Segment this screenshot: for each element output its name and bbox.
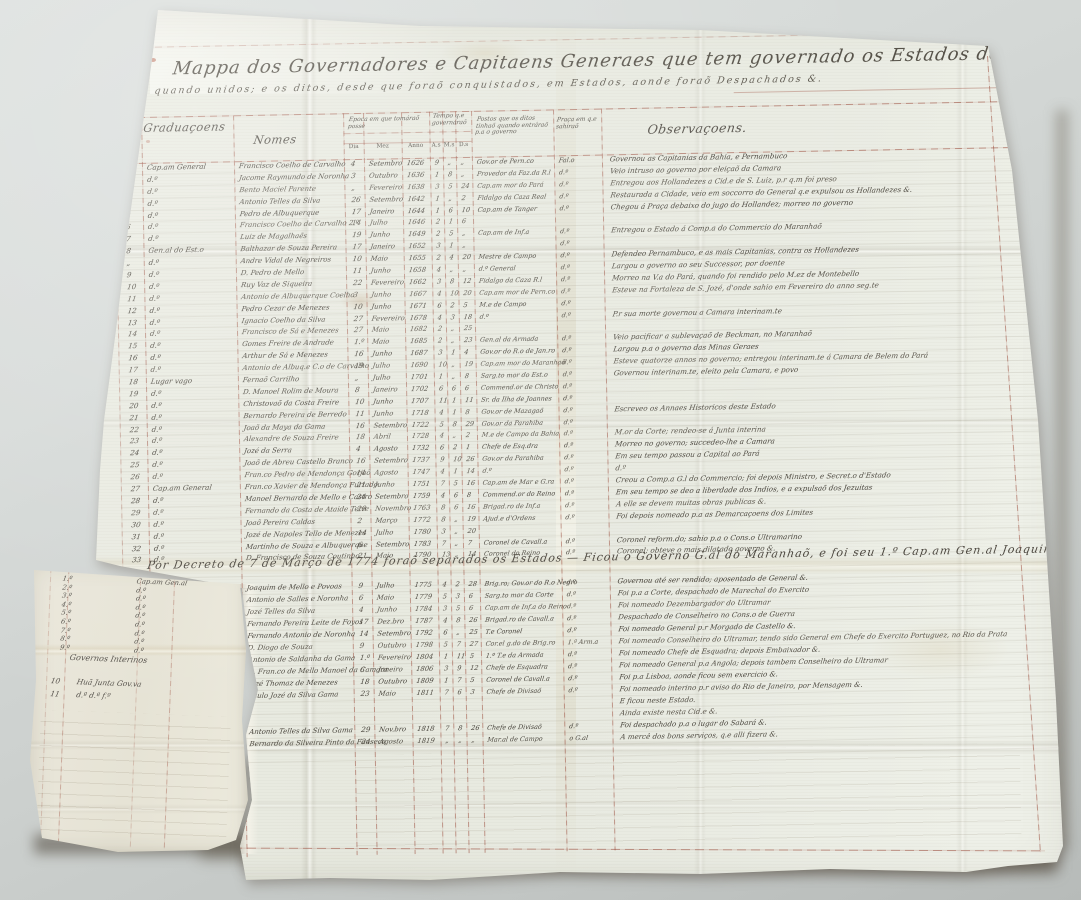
cell-p: d.º General — [474, 262, 556, 274]
cell-D: 5 — [458, 300, 474, 311]
cell-g: d.º — [148, 506, 240, 519]
cell-p: Ajud.e d'Ordens — [478, 512, 560, 524]
table-rows-united-period: 1Cap.am GeneralFrancisco Coelho de Carva… — [115, 146, 1055, 591]
cell-M: 2 — [451, 579, 464, 590]
cell-m: Maio — [374, 688, 412, 700]
cell-A: 4 — [432, 288, 445, 299]
cell-p: Chefe de Esq.dra — [477, 441, 559, 453]
cell-p — [473, 239, 555, 251]
cell-o: Antonio de Salles e Noronha — [242, 593, 352, 606]
cell-g: d.º — [147, 458, 239, 471]
cell-M: 5 — [449, 478, 462, 489]
cell-g: d.º — [145, 304, 237, 317]
cell-o: Balthazar de Souza Pereira — [235, 242, 345, 255]
cell-o: Fernando Antonio de Noronha — [243, 629, 353, 642]
cell-M — [453, 711, 466, 722]
cell-p: Brig.ro; Gov.or do R.o Negro — [480, 577, 562, 590]
cell-o: Jozé de Napoles Tello de Menezes — [241, 528, 351, 541]
cell-M: 9 — [452, 663, 465, 674]
cell-a: 1784 — [410, 604, 438, 616]
cell-A: 1 — [431, 193, 444, 204]
cell-A: 3 — [438, 603, 451, 614]
cell-g: d.º — [143, 233, 235, 246]
cell-m: Julho — [372, 580, 410, 592]
cell-p: 1.º T.e da Armada — [481, 649, 563, 662]
cell-m: Nov.bro — [374, 724, 412, 736]
cell-A: 4 — [438, 579, 451, 590]
cell-q: d.º — [560, 511, 608, 523]
cell-p: Coronel de Cavall.a — [481, 673, 563, 686]
cell-A: 4 — [436, 467, 449, 478]
cell-d: 11 — [346, 266, 366, 277]
cell-a: 1642 — [403, 193, 431, 204]
cell-m: Julho — [368, 372, 406, 384]
subheader-ds: D.s — [456, 141, 472, 148]
flap-entry: d.º — [134, 620, 145, 628]
cell-d — [355, 749, 375, 760]
cell-n: 31 — [122, 532, 149, 543]
cell-d: 10 — [346, 302, 366, 313]
cell-q: d.º — [559, 428, 607, 440]
cell-n: 24 — [120, 448, 147, 459]
cell-A: 7 — [436, 478, 449, 489]
cell-p: Chefe de Divisaõ — [482, 721, 564, 734]
cell-D: 7 — [463, 537, 479, 548]
cell-n: 3 — [115, 187, 142, 198]
cell-o: Bento Maciel Parente — [234, 183, 344, 196]
cell-a: 1809 — [411, 676, 439, 688]
table-content: Mappa dos Governadores e Capitaens Gener… — [113, 42, 1063, 871]
cell-a: 1626 — [402, 158, 430, 169]
cell-d: 8 — [348, 385, 368, 396]
cell-q: d.º — [563, 672, 611, 684]
cell-D: 8 — [460, 407, 476, 418]
cell-D: „ — [456, 157, 472, 168]
cell-n: 19 — [119, 389, 146, 400]
cell-D — [467, 747, 483, 758]
cell-q: d.º — [559, 416, 607, 428]
cell-o: D. Manoel Rolim de Moura — [238, 385, 348, 398]
cell-M: 1 — [446, 347, 459, 358]
cell-M: „ — [448, 431, 461, 442]
cell-D: „ — [457, 228, 473, 239]
cell-a: 1652 — [403, 241, 431, 252]
cell-g: d.º — [145, 328, 237, 341]
table-rows-maranhao-period: Joaquim de Mello e Povoas9Julho17754228B… — [123, 568, 1058, 765]
cell-n: 33 — [122, 555, 149, 566]
cell-M: 5 — [444, 229, 457, 240]
cell-A: 4 — [438, 615, 451, 626]
cell-q: d.º — [554, 166, 602, 178]
cell-m: Outubro — [373, 676, 411, 688]
cell-D: „ — [466, 735, 482, 746]
flap-entry: d.º — [136, 586, 147, 594]
cell-m — [374, 712, 412, 724]
cell-p: Cap.am de Tanger — [473, 203, 555, 215]
cell-p: Cap.am mor do Maranhaõ — [476, 358, 558, 370]
cell-p: M.e de Campo — [474, 298, 556, 310]
cell-g: Cap.am General — [142, 161, 234, 174]
cell-o — [245, 749, 355, 762]
cell-q: d.º — [555, 238, 603, 250]
cell-q: d.º — [562, 588, 610, 600]
cell-A: 2 — [433, 336, 446, 347]
cell-g: d.º — [149, 542, 241, 555]
cell-m: Agosto — [374, 736, 412, 748]
cell-m: Junho — [370, 479, 408, 491]
column-header-postos: Postos que os ditos tinhaõ quando entrár… — [474, 115, 555, 136]
cell-g: d.º — [145, 351, 237, 364]
cell-A: 8 — [436, 502, 449, 513]
cell-D: 5 — [465, 675, 481, 686]
cell-g: d.º — [146, 363, 238, 376]
cell-d: 27 — [347, 313, 367, 324]
cell-o: Jozé Telles da Silva — [242, 605, 352, 618]
cell-g: d.º — [145, 340, 237, 353]
flap-entry: d.º — [135, 595, 146, 603]
cell-p: Mestre de Campo — [474, 251, 556, 263]
cell-g: d.º — [147, 447, 239, 460]
cell-d: 3 — [346, 290, 366, 301]
cell-d: 19 — [345, 230, 365, 241]
cell-A: 1 — [439, 675, 452, 686]
cell-A: 2 — [431, 217, 444, 228]
cell-M: 1 — [447, 395, 460, 406]
cell-n: 22 — [120, 425, 147, 436]
cell-d: 4 — [344, 159, 364, 170]
cell-m: Fevereiro — [373, 652, 411, 664]
cell-M: 3 — [446, 312, 459, 323]
cell-A: 7 — [437, 538, 450, 549]
cell-p: Gen.al da Armada — [475, 334, 557, 346]
cell-a: 1682 — [405, 324, 433, 335]
cell-A: 6 — [438, 627, 451, 638]
cell-o: Pedro Cezar de Menezes — [237, 302, 347, 315]
cell-d: 18 — [353, 677, 373, 688]
cell-d: 26 — [345, 195, 365, 206]
cell-a: 1649 — [403, 229, 431, 240]
cell-D: 2 — [457, 193, 473, 204]
cell-q: d.º — [559, 452, 607, 464]
cell-m: Junho — [372, 604, 410, 616]
cell-m: Julho — [365, 218, 403, 230]
cell-M: „ — [446, 324, 459, 335]
cell-M: „ — [447, 371, 460, 382]
cell-A: 3 — [439, 663, 452, 674]
cell-M: 5 — [443, 181, 456, 192]
cell-m: Setembro — [369, 455, 407, 467]
cell-d — [354, 701, 374, 712]
cell-q: d.º — [563, 660, 611, 672]
cell-d: 3 — [344, 171, 364, 182]
cell-q: d.º — [554, 178, 602, 190]
cell-M: 6 — [444, 205, 457, 216]
cell-m: Junho — [365, 230, 403, 242]
cell-a: 1763 — [408, 502, 436, 513]
tempo-subheaders: A.sM.sD.s — [430, 141, 472, 149]
cell-D: „ — [457, 240, 473, 251]
cell-D: 6 — [460, 383, 476, 394]
cell-d: 4 — [352, 605, 372, 616]
cell-g: d.º — [142, 185, 234, 198]
cell-p: T.e Coronel — [480, 625, 562, 638]
cell-o — [244, 701, 354, 714]
cell-m: Julho — [368, 360, 406, 372]
cell-a: 1780 — [409, 526, 437, 537]
cell-p: Sarg.to mor do Est.o — [476, 369, 558, 381]
cell-d: 16 — [349, 420, 369, 431]
cell-d: 2 — [350, 516, 370, 527]
cell-A: 6 — [434, 383, 447, 394]
cell-n: 30 — [121, 520, 148, 531]
cell-A: 9 — [430, 157, 443, 168]
cell-o: Christovaõ da Costa Freire — [238, 397, 348, 410]
cell-g: d.º — [144, 280, 236, 293]
cell-n: 10 — [117, 282, 144, 293]
cell-p: Cap.am de Mar e G.ra — [478, 476, 560, 488]
cell-M: 7 — [452, 639, 465, 650]
cell-p: M.e de Campo da Bahia — [477, 429, 559, 441]
cell-D: 8 — [462, 490, 478, 501]
flap-entry: d.º — [135, 603, 146, 611]
cell-m: Setembro — [369, 420, 407, 432]
cell-g: d.º — [149, 530, 241, 543]
cell-q: d.º — [560, 499, 608, 511]
cell-p: Gov.or da Parahiba — [477, 453, 559, 465]
cell-q: d.º — [556, 262, 604, 274]
cell-m: Maio — [372, 592, 410, 604]
cell-m: Setembro — [364, 158, 402, 170]
cell-p: Gov.or de Mazagaõ — [476, 405, 558, 417]
flap-entry: Huã Junta Gov.va — [76, 677, 142, 688]
cell-p: Provedor da Faz.da R.l — [472, 167, 554, 179]
cell-D: 16 — [462, 502, 478, 513]
cell-d: 1.º — [347, 337, 367, 348]
cell-D: 11 — [460, 395, 476, 406]
cell-M: „ — [453, 735, 466, 746]
cell-M: „ — [449, 514, 462, 525]
cell-m: Julho — [371, 527, 409, 539]
cell-a: 1747 — [408, 467, 436, 478]
subtitle-rule — [734, 87, 1004, 93]
cell-a: 1798 — [411, 640, 439, 652]
cell-a: 1728 — [407, 431, 435, 442]
cell-n: 21 — [119, 413, 146, 424]
cell-a: 1811 — [412, 688, 440, 700]
cell-d: 11 — [348, 409, 368, 420]
cell-p: Cap.am de Inf.a do Reino — [480, 601, 562, 614]
column-header-epoca: Epoca em que tomáraõ posse — [347, 116, 429, 131]
cell-D: 6 — [457, 216, 473, 227]
cell-D: 2 — [461, 430, 477, 441]
subheader-as: A.s — [430, 141, 443, 148]
cell-D — [466, 699, 482, 710]
cell-A — [440, 711, 453, 722]
cell-n: 6 — [116, 222, 143, 233]
cell-q: d.º — [558, 357, 606, 369]
cell-d: „ — [348, 373, 368, 384]
cell-p: Gov.or da Parahiba — [477, 417, 559, 429]
cell-M: 1 — [444, 240, 457, 251]
cell-o: Antonio de Albuquerque Coelho — [236, 290, 346, 303]
cell-a: 1787 — [410, 616, 438, 628]
cell-A: 7 — [440, 723, 453, 734]
cell-n: 5 — [116, 211, 143, 222]
cell-D: 25 — [464, 627, 480, 638]
cell-M: 8 — [445, 276, 458, 287]
cell-m: Fevereiro — [366, 277, 404, 289]
cell-d: 16 — [349, 456, 369, 467]
cell-q: d.º — [563, 648, 611, 660]
cell-n: 12 — [118, 306, 145, 317]
cell-D: 20 — [458, 252, 474, 263]
cell-o: Joaquim de Mello e Povoas — [242, 581, 352, 594]
cell-p — [483, 745, 565, 758]
cell-p: Cor.el g.do de Brig.ro — [481, 637, 563, 650]
cell-n: 27 — [121, 484, 148, 495]
cell-M: „ — [446, 336, 459, 347]
cell-m: Junho — [366, 265, 404, 277]
cell-q: d.º — [554, 190, 602, 202]
column-header-nomes: Nomes — [253, 132, 298, 147]
cell-A: 1 — [430, 169, 443, 180]
cell-d: 17 — [352, 617, 372, 628]
cell-D: 26 — [464, 615, 480, 626]
cell-A: 3 — [431, 241, 444, 252]
cell-M: „ — [445, 264, 458, 275]
cell-D: 26 — [461, 454, 477, 465]
cell-o: Fran.co Pedro de Mendonça Gorjaõ — [240, 468, 350, 481]
cell-m: Janeiro — [365, 241, 403, 253]
cell-D: 8 — [460, 371, 476, 382]
cell-p — [482, 709, 564, 722]
cell-o: Bernardo Pereira de Berredo — [238, 409, 348, 422]
cell-q: d.º — [556, 250, 604, 262]
cell-A: 5 — [435, 419, 448, 430]
flap-entry: 10 — [50, 676, 61, 685]
cell-n: 4 — [116, 199, 143, 210]
cell-D — [466, 711, 482, 722]
cell-A — [441, 747, 454, 758]
cell-q: d.º — [558, 392, 606, 404]
cell-d: 14 — [345, 218, 365, 229]
cell-A: 5 — [439, 639, 452, 650]
cell-A: 1 — [434, 371, 447, 382]
cell-a: 1636 — [402, 170, 430, 181]
cell-m — [374, 700, 412, 712]
cell-o: Arthur de Sá e Menezes — [237, 349, 347, 362]
cell-a: 1718 — [406, 407, 434, 418]
cell-m: Junho — [366, 301, 404, 313]
cell-g: d.º — [145, 316, 237, 329]
cell-p: Cap.am mor do Pará — [472, 179, 554, 191]
cell-m: Setembro — [365, 194, 403, 206]
cell-g: d.º — [147, 423, 239, 436]
cell-D: 6 — [464, 603, 480, 614]
cell-d: 10 — [348, 397, 368, 408]
cell-q: d.º — [560, 464, 608, 476]
cell-d: 4 — [349, 444, 369, 455]
cell-A: 5 — [438, 591, 451, 602]
cell-q: o G.al — [564, 732, 612, 744]
cell-q — [565, 744, 613, 756]
cell-M: 10 — [448, 454, 461, 465]
cell-m: Setembro — [370, 491, 408, 503]
cell-p: Sr. da Ilha de Joannes — [476, 393, 558, 405]
cell-p: Chefe de Esquadra — [481, 661, 563, 674]
cell-m: Janeiro — [365, 206, 403, 218]
cell-d: 22 — [346, 278, 366, 289]
column-header-graduacoens: Graduaçoens — [142, 119, 226, 135]
cell-A: 9 — [435, 455, 448, 466]
cell-m: Setembro — [371, 539, 409, 551]
flap-entry: d.ª d.ª f.º — [75, 690, 111, 700]
cell-d: 10 — [346, 254, 366, 265]
cell-q: d.º — [564, 684, 612, 696]
cell-g: d.º — [148, 470, 240, 483]
flap-entry: d.º — [134, 629, 145, 637]
cell-M: 6 — [449, 502, 462, 513]
cell-a: 1804 — [411, 652, 439, 664]
cell-m: Maio — [367, 337, 405, 349]
cell-o: D. Fran.co de Mello Manoel da Camara — [243, 665, 353, 678]
flap-content: Governos Interinos 1.ºCap.am Gen.al2.ºd.… — [17, 559, 253, 862]
cell-D: 14 — [462, 466, 478, 477]
cell-q: Fal.o — [554, 155, 602, 167]
cell-A: 11 — [434, 395, 447, 406]
cell-a: 1685 — [405, 336, 433, 347]
cell-A: 2 — [432, 253, 445, 264]
cell-n: 9 — [117, 270, 144, 281]
cell-D: 26 — [466, 723, 482, 734]
cell-n: 29 — [121, 508, 148, 519]
cell-A: 1 — [431, 205, 444, 216]
cell-m: Junho — [368, 408, 406, 420]
cell-q — [555, 214, 603, 226]
cell-M — [453, 699, 466, 710]
cell-M: 10 — [445, 288, 458, 299]
cell-M: 1 — [444, 217, 457, 228]
cell-a: 1732 — [407, 443, 435, 454]
cell-m: Maio — [367, 325, 405, 337]
cell-n: 26 — [121, 472, 148, 483]
cell-a: 1775 — [410, 580, 438, 592]
cell-A — [440, 699, 453, 710]
cell-M: 4 — [445, 252, 458, 263]
cell-n: 1 — [115, 163, 142, 174]
cell-D: 12 — [465, 663, 481, 674]
cell-D: 18 — [459, 311, 475, 322]
cell-A: 3 — [437, 526, 450, 537]
cell-m: Agosto — [369, 444, 407, 456]
cell-d: 14 — [351, 527, 371, 538]
cell-o: Ruy Vaz de Siqueira — [236, 278, 346, 291]
cell-M — [454, 747, 467, 758]
cell-o: Joaõ Pereira Caldas — [240, 516, 350, 529]
cell-m: Fevereiro — [367, 313, 405, 325]
cell-D: 12 — [458, 276, 474, 287]
cell-g: d.º — [143, 221, 235, 234]
cell-A: 2 — [433, 324, 446, 335]
cell-o: Manoel Bernardo de Mello e Castro — [240, 492, 350, 505]
cell-n: 13 — [118, 318, 145, 329]
cell-D: 25 — [459, 323, 475, 334]
cell-d: 14 — [352, 629, 372, 640]
cell-D: 16 — [462, 478, 478, 489]
cell-p: Brigad.ro de Cavall.a — [480, 613, 562, 626]
cell-q: d.º — [557, 333, 605, 345]
cell-a — [412, 700, 440, 712]
